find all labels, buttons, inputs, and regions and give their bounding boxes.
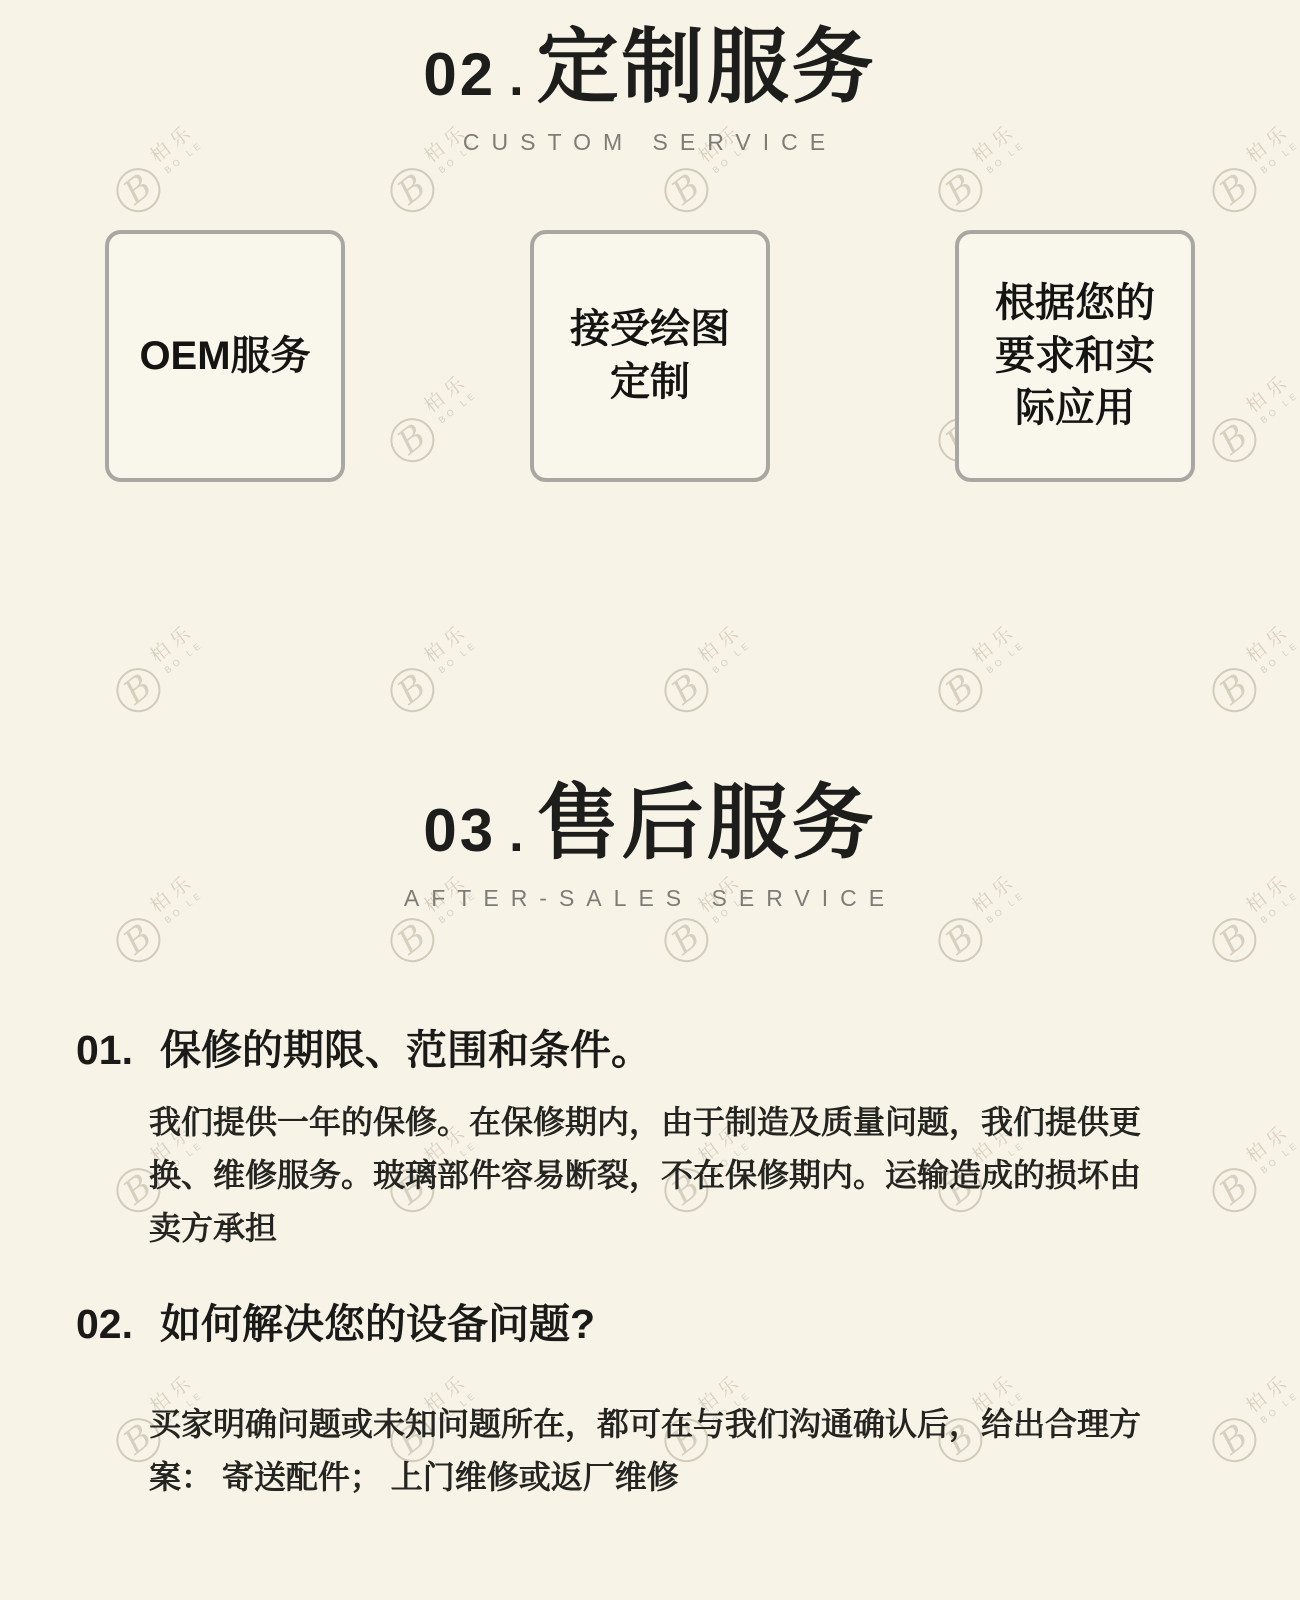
section-title-text: 售后服务	[537, 758, 877, 875]
watermark-brand-text: 柏乐BO LE	[1240, 616, 1300, 677]
watermark-logo-icon: B	[656, 159, 718, 221]
watermark-brand-text: 柏乐BO LE	[692, 616, 755, 677]
custom-service-header: 02 . 定制服务 CUSTOM SERVICE	[0, 2, 1300, 156]
item-heading-text: 保修的期限、范围和条件。	[160, 1026, 652, 1074]
watermark-logo-icon: B	[1204, 1159, 1266, 1221]
service-box-label: 根据您的 要求和实 际应用	[995, 277, 1155, 435]
brand-watermark: B柏乐BO LE	[1204, 1373, 1300, 1471]
watermark-logo-icon: B	[1204, 159, 1266, 221]
after-sales-header: 03 . 售后服务 AFTER-SALES SERVICE	[0, 758, 1300, 912]
watermark-logo-icon: B	[382, 659, 444, 721]
watermark-brand-text: 柏乐BO LE	[966, 616, 1029, 677]
equipment-problem-body: 买家明确问题或未知问题所在，都可在与我们沟通确认后，给出合理方 案： 寄送配件；…	[149, 1398, 1209, 1504]
watermark-logo-icon: B	[930, 159, 992, 221]
watermark-logo-icon: B	[656, 659, 718, 721]
brand-watermark: B柏乐BO LE	[382, 623, 490, 721]
section-number: 02	[423, 40, 496, 109]
brand-watermark: B柏乐BO LE	[1204, 1123, 1300, 1221]
section-number: 03	[423, 796, 496, 865]
service-box-requirements: 根据您的 要求和实 际应用	[955, 230, 1195, 482]
warranty-body: 我们提供一年的保修。在保修期内，由于制造及质量问题，我们提供更 换、维修服务。玻…	[149, 1096, 1209, 1255]
custom-service-title: 02 . 定制服务	[0, 2, 1300, 119]
service-box-label: 接受绘图 定制	[570, 303, 730, 409]
watermark-logo-icon: B	[382, 159, 444, 221]
warranty-heading: 01. 保修的期限、范围和条件。	[76, 1026, 652, 1074]
brand-watermark: B柏乐BO LE	[108, 623, 216, 721]
after-sales-title: 03 . 售后服务	[0, 758, 1300, 875]
watermark-brand-text: 柏乐BO LE	[418, 616, 481, 677]
watermark-logo-icon: B	[930, 909, 992, 971]
watermark-logo-icon: B	[382, 909, 444, 971]
service-boxes-row: OEM服务 接受绘图 定制 根据您的 要求和实 际应用	[0, 230, 1300, 482]
watermark-logo-icon: B	[108, 159, 170, 221]
watermark-logo-icon: B	[930, 659, 992, 721]
watermark-logo-icon: B	[1204, 909, 1266, 971]
item-heading-text: 如何解决您的设备问题?	[160, 1300, 595, 1348]
brand-watermark: B柏乐BO LE	[1204, 623, 1300, 721]
item-number: 01.	[76, 1026, 133, 1074]
product-detail-page: B柏乐BO LEB柏乐BO LEB柏乐BO LEB柏乐BO LEB柏乐BO LE…	[0, 0, 1300, 1600]
equipment-problem-heading: 02. 如何解决您的设备问题?	[76, 1300, 595, 1348]
watermark-logo-icon: B	[108, 909, 170, 971]
watermark-brand-text: 柏乐BO LE	[1240, 1116, 1300, 1177]
service-box-drawing-custom: 接受绘图 定制	[530, 230, 770, 482]
section-subtitle: AFTER-SALES SERVICE	[0, 885, 1300, 912]
brand-watermark: B柏乐BO LE	[930, 623, 1038, 721]
item-number: 02.	[76, 1300, 133, 1348]
section-subtitle: CUSTOM SERVICE	[0, 129, 1300, 156]
section-number-dot: .	[509, 804, 523, 864]
watermark-logo-icon: B	[108, 659, 170, 721]
watermark-brand-text: 柏乐BO LE	[144, 616, 207, 677]
service-box-label: OEM服务	[139, 330, 310, 383]
watermark-brand-text: 柏乐BO LE	[1240, 1366, 1300, 1427]
watermark-logo-icon: B	[1204, 659, 1266, 721]
watermark-logo-icon: B	[1204, 1409, 1266, 1471]
watermark-logo-icon: B	[656, 909, 718, 971]
service-box-oem: OEM服务	[105, 230, 345, 482]
brand-watermark: B柏乐BO LE	[656, 623, 764, 721]
section-title-text: 定制服务	[537, 2, 877, 119]
section-number-dot: .	[509, 48, 523, 108]
